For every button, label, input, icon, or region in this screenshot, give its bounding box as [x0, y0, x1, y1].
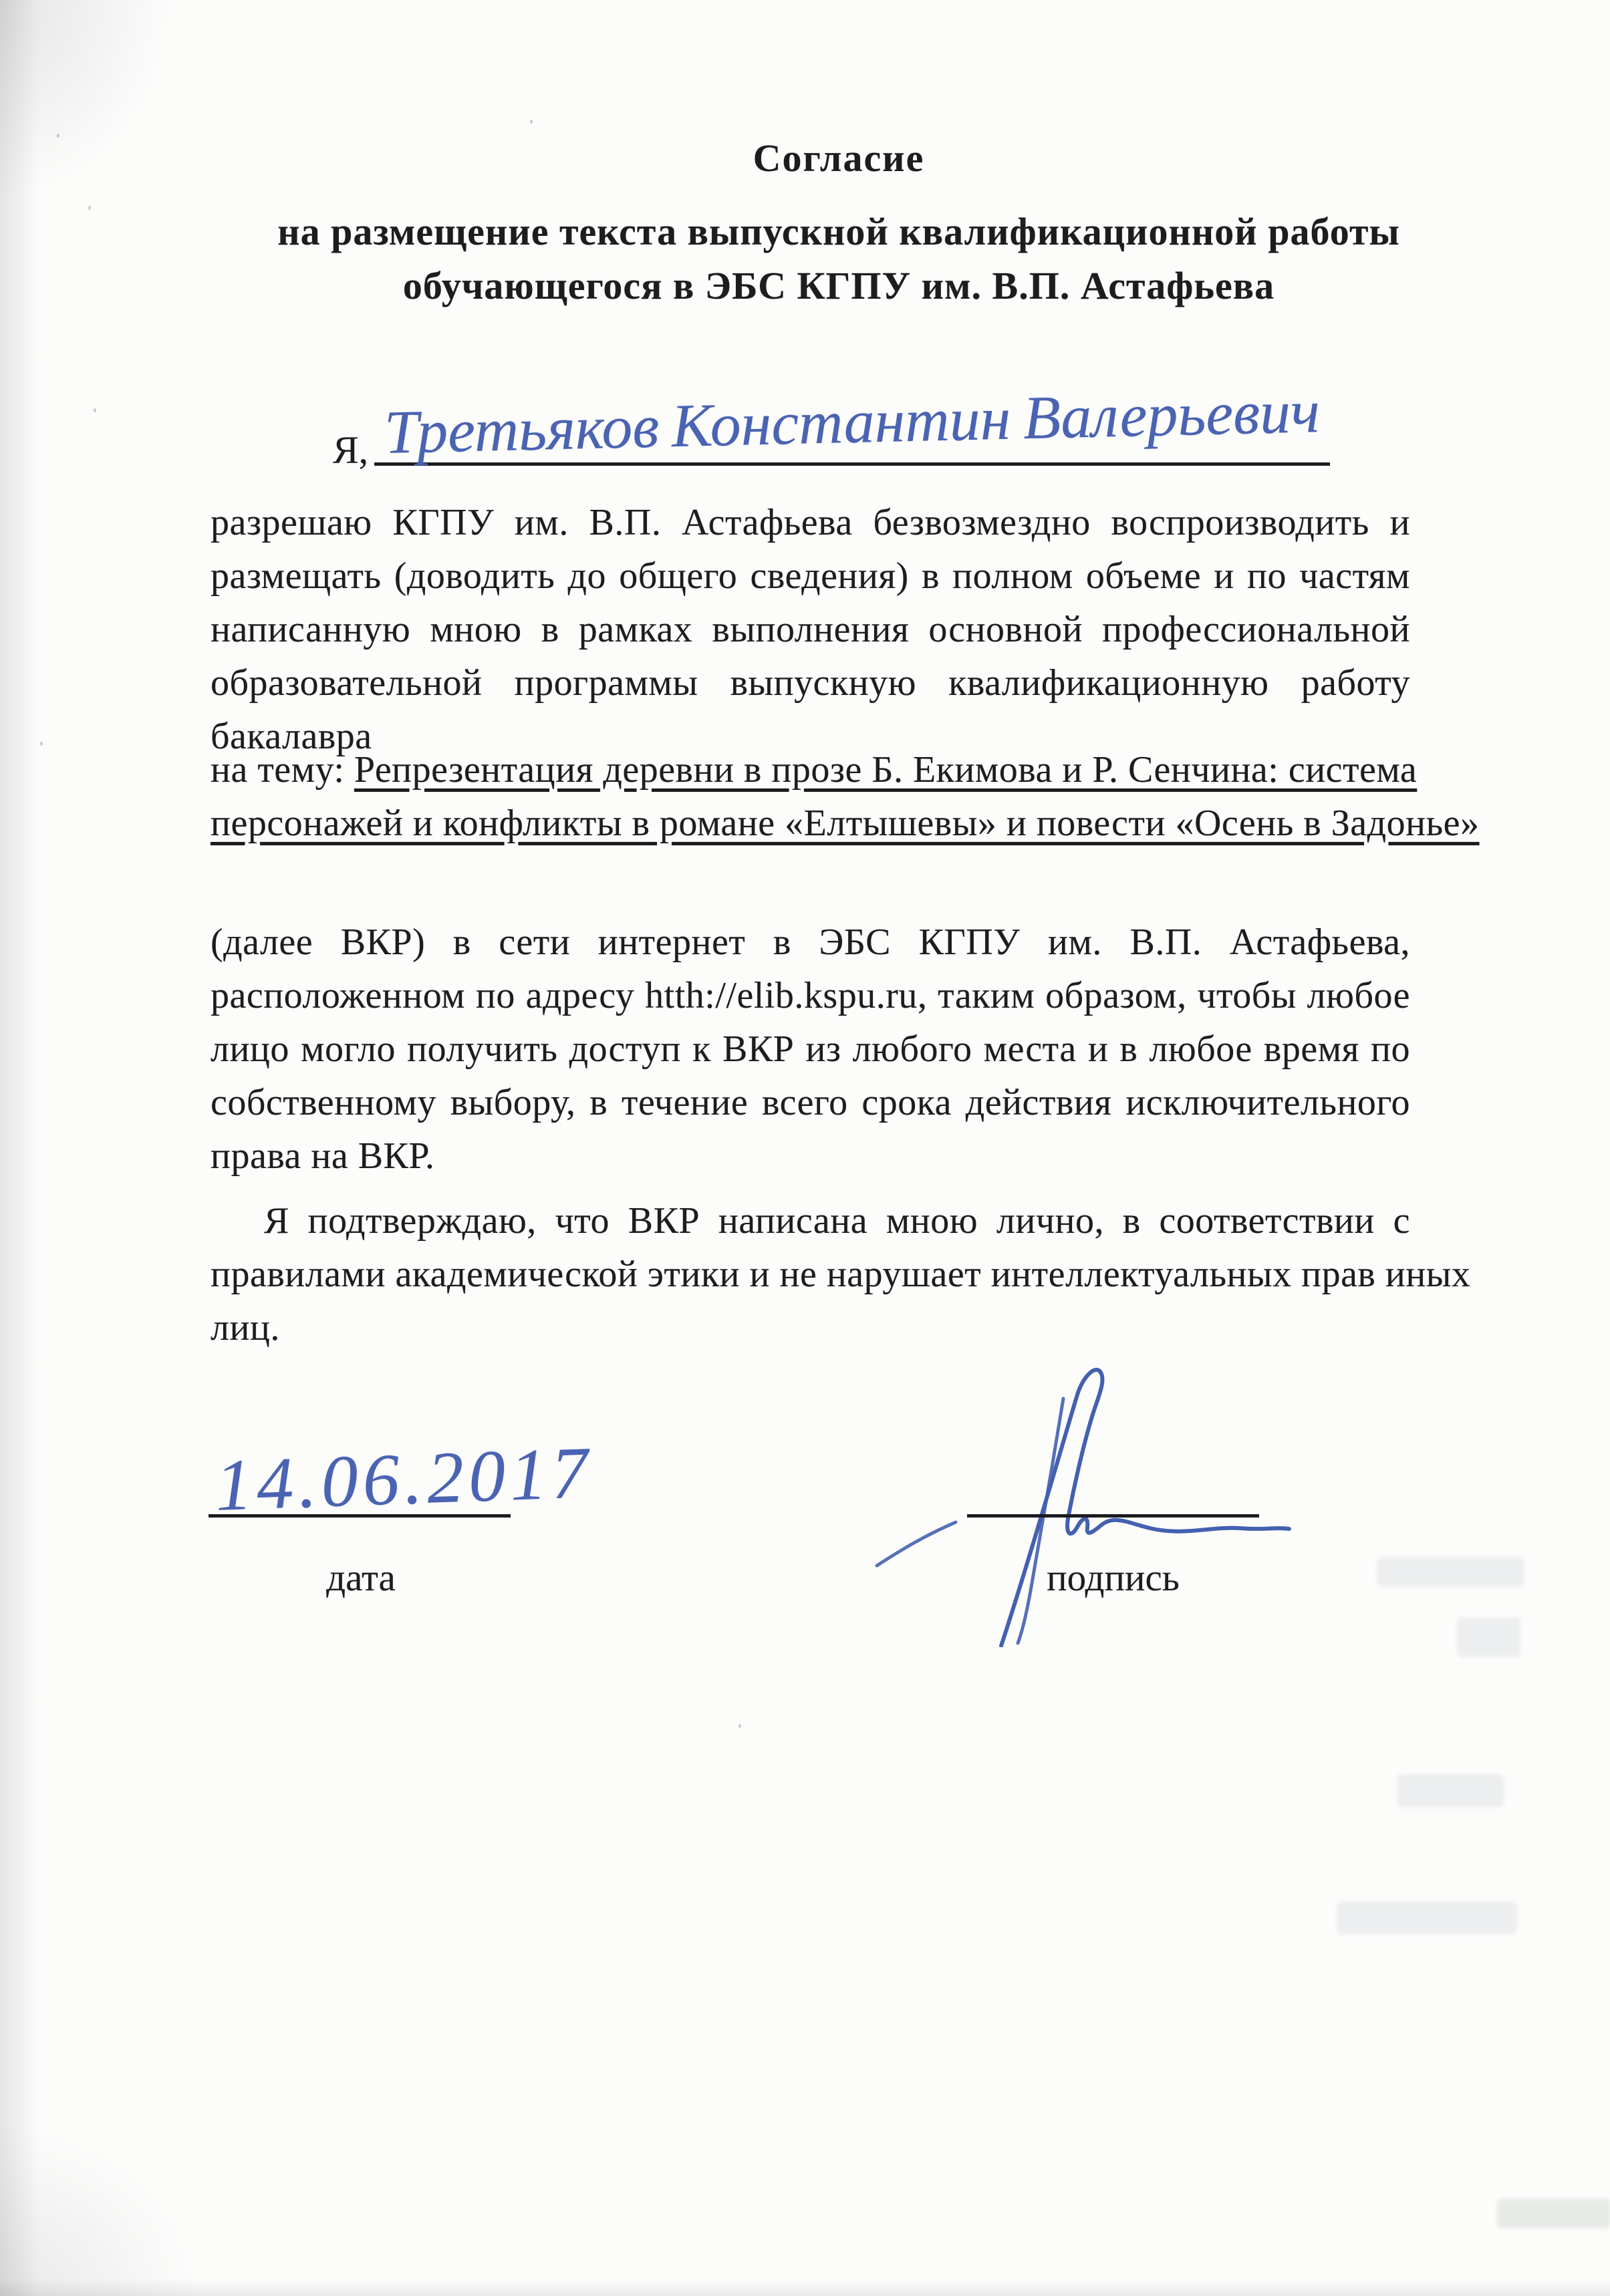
scan-speck	[40, 742, 43, 746]
handwritten-date: 14.06.2017	[214, 1435, 593, 1522]
topic-underlined-text: Репрезентация деревни в прозе Б. Екимова…	[354, 749, 1417, 791]
scan-speck	[530, 120, 533, 124]
scan-artifact	[1337, 1901, 1517, 1934]
subtitle-line-2: обучающегося в ЭБС КГПУ им. В.П. Астафье…	[227, 259, 1450, 313]
signature-underline-rule	[967, 1514, 1259, 1518]
page-title: Согласие	[227, 131, 1450, 186]
topic-label: на тему:	[211, 749, 344, 791]
scan-artifact	[1397, 1774, 1504, 1808]
terms-paragraph: (далее ВКР) в сети интернет в ЭБС КГПУ и…	[211, 915, 1410, 1183]
handwritten-name: Третьяков Константин Валерьевич	[384, 380, 1321, 463]
scan-shadow-top-left	[0, 0, 174, 200]
paragraph-line: (далее ВКР) в сети интернет в ЭБС КГПУ и…	[211, 915, 1410, 969]
topic-underlined-text: персонажей и конфликты в романе «Елтышев…	[211, 803, 1480, 844]
paragraph-line: лицо могло получить доступ к ВКР из любо…	[211, 1022, 1410, 1076]
scan-shadow-bottom-edge	[0, 2279, 1610, 2296]
paragraph-line: лиц.	[211, 1301, 1410, 1354]
paragraph-line: размещать (доводить до общего сведения) …	[211, 549, 1410, 603]
paragraph-line: разрешаю КГПУ им. В.П. Астафьева безвозм…	[211, 496, 1410, 549]
handwritten-name-word: Третьяков	[384, 396, 660, 463]
topic-line-2: персонажей и конфликты в романе «Елтышев…	[211, 797, 1410, 850]
declarant-pronoun: Я,	[333, 424, 368, 477]
scan-speck	[88, 206, 91, 210]
handwritten-name-word: Константин	[671, 388, 1011, 456]
scan-shadow-left-edge	[0, 0, 39, 2296]
date-underline-rule	[209, 1514, 511, 1518]
scan-speck	[57, 134, 59, 138]
handwritten-name-word: Валерьевич	[1023, 380, 1321, 448]
paragraph-line: написанную мною в рамках выполнения осно…	[211, 603, 1410, 656]
scanned-consent-page: Согласие на размещение текста выпускной …	[0, 0, 1610, 2296]
page-subtitle: на размещение текста выпускной квалифика…	[227, 204, 1450, 313]
paragraph-line: Я подтверждаю, что ВКР написана мною лич…	[211, 1194, 1410, 1248]
permission-paragraph: разрешаю КГПУ им. В.П. Астафьева безвозм…	[211, 496, 1410, 763]
scan-speck	[739, 1724, 741, 1728]
paragraph-line: образовательной программы выпускную квал…	[211, 656, 1410, 710]
scan-speck	[94, 408, 96, 412]
subtitle-line-1: на размещение текста выпускной квалифика…	[227, 204, 1450, 259]
scan-artifact	[1497, 2198, 1610, 2229]
scan-artifact	[1377, 1557, 1524, 1587]
scan-shadow-bottom-left	[0, 2122, 200, 2296]
topic-paragraph: на тему: Репрезентация деревни в прозе Б…	[211, 743, 1410, 850]
paragraph-line: правилами академической этики и не наруш…	[211, 1248, 1410, 1301]
paragraph-line: права на ВКР.	[211, 1129, 1410, 1183]
confirmation-paragraph: Я подтверждаю, что ВКР написана мною лич…	[211, 1194, 1410, 1354]
topic-line-1: на тему: Репрезентация деревни в прозе Б…	[211, 743, 1410, 797]
signature-label: подпись	[967, 1552, 1259, 1605]
date-label: дата	[211, 1552, 511, 1605]
paragraph-line: расположенном по адресу htth://elib.kspu…	[211, 969, 1410, 1022]
paragraph-line: собственному выбору, в течение всего сро…	[211, 1076, 1410, 1129]
scan-artifact	[1457, 1617, 1520, 1657]
